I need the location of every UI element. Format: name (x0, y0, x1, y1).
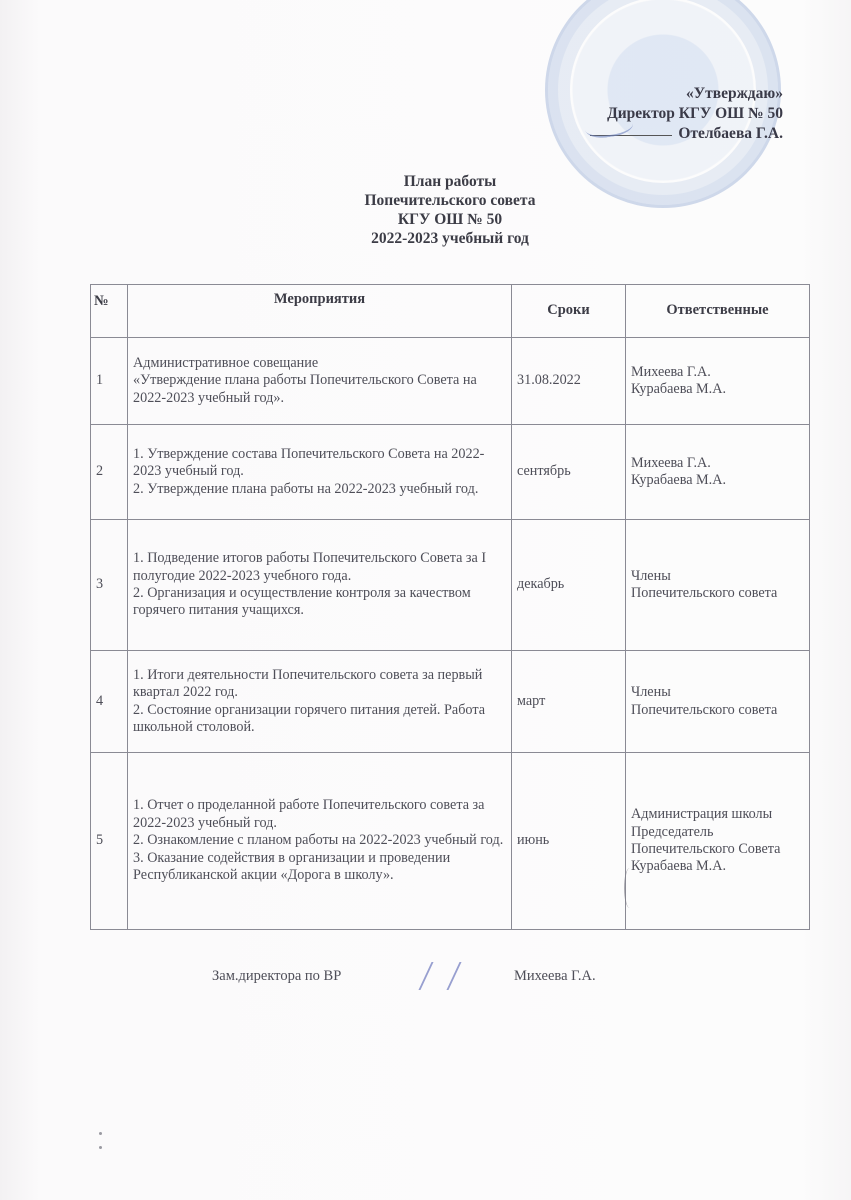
title-line-4: 2022-2023 учебный год (300, 229, 600, 248)
row-term: март (512, 651, 626, 753)
row-term: сентябрь (512, 425, 626, 520)
header-event: Мероприятия (128, 285, 512, 338)
row-event: 1. Утверждение состава Попечительского С… (128, 425, 512, 520)
row-num: 3 (91, 520, 128, 651)
plan-table: № Мероприятия Сроки Ответственные 1 Адми… (90, 284, 810, 930)
row-num: 4 (91, 651, 128, 753)
row-event: Административное совещание «Утверждение … (128, 338, 512, 425)
table-row: 1 Административное совещание «Утверждени… (91, 338, 810, 425)
approval-name: Отелбаева Г.А. (678, 125, 783, 142)
stray-dot-icon (99, 1132, 102, 1135)
header-term: Сроки (512, 285, 626, 338)
row-responsible: Михеева Г.А. Курабаева М.А. (626, 425, 810, 520)
row-term: декабрь (512, 520, 626, 651)
row-term: 31.08.2022 (512, 338, 626, 425)
document-title: План работы Попечительского совета КГУ О… (300, 172, 600, 248)
row-num: 5 (91, 753, 128, 930)
footer-role: Зам.директора по ВР (212, 968, 341, 985)
title-line-1: План работы (300, 172, 600, 191)
row-num: 2 (91, 425, 128, 520)
table-row: 4 1. Итоги деятельности Попечительского … (91, 651, 810, 753)
table-row: 5 1. Отчет о проделанной работе Попечите… (91, 753, 810, 930)
row-num: 1 (91, 338, 128, 425)
header-num: № (91, 285, 128, 338)
row-responsible: Члены Попечительского совета (626, 651, 810, 753)
row-responsible: Члены Попечительского совета (626, 520, 810, 651)
table-header-row: № Мероприятия Сроки Ответственные (91, 285, 810, 338)
table-row: 2 1. Утверждение состава Попечительского… (91, 425, 810, 520)
row-responsible: Михеева Г.А. Курабаева М.А. (626, 338, 810, 425)
row-event: 1. Отчет о проделанной работе Попечитель… (128, 753, 512, 930)
footer-name: Михеева Г.А. (514, 968, 596, 985)
row-responsible: Администрация школы Председатель Попечит… (626, 753, 810, 930)
approval-label: «Утверждаю» (590, 84, 783, 104)
pen-mark-icon (624, 868, 635, 908)
row-term: июнь (512, 753, 626, 930)
header-responsible: Ответственные (626, 285, 810, 338)
title-line-3: КГУ ОШ № 50 (300, 210, 600, 229)
table-row: 3 1. Подведение итогов работы Попечитель… (91, 520, 810, 651)
title-line-2: Попечительского совета (300, 191, 600, 210)
row-event: 1. Подведение итогов работы Попечительск… (128, 520, 512, 651)
stray-dot-icon (99, 1146, 102, 1149)
row-event: 1. Итоги деятельности Попечительского со… (128, 651, 512, 753)
